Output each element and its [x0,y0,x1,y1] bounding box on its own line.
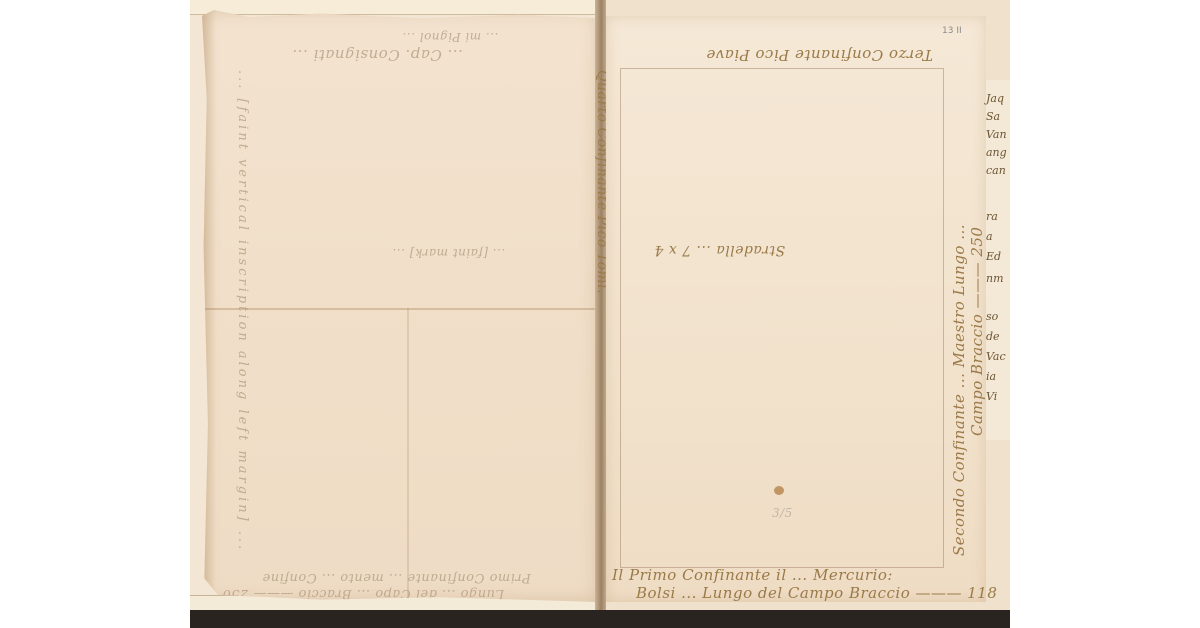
adjacent-line: ia [986,370,996,383]
adjacent-line: Sa [986,110,1000,123]
right-top-inverted-heading: Terzo Confinante Pico Piave [706,46,933,64]
right-bottom-line-1: Il Primo Confinante il ... Mercurio: [612,566,893,584]
adjacent-line: can [986,164,1006,177]
adjacent-line: de [986,330,1000,343]
adjacent-line: nm [986,272,1004,285]
adjacent-line: so [986,310,998,323]
adjacent-line: Van [986,128,1007,141]
left-center-faint-mark: ... [faint mark] ... [392,246,505,260]
ink-stain [774,486,784,495]
adjacent-line: Vac [986,350,1006,363]
pencil-mark: 3/5 [772,506,793,520]
right-page: 13 II Terzo Confinante Pico Piave Strade… [606,16,986,602]
left-top-inverted-line-1: ... mi Pignol ... [402,30,498,44]
right-margin-vertical-line-2: Campo Braccio ——— 250 [968,227,986,436]
left-margin-vertical-text: ... [faint vertical inscription along le… [235,70,250,552]
left-page: ... mi Pignol ... ... Cap. Consignati ..… [202,10,598,602]
right-bottom-line-2: Bolsi ... Lungo del Campo Braccio ——— 11… [636,584,997,602]
adjacent-sheet-strip: Jaq Sa Van ang can ra a Ed nm so de Vac … [986,80,1010,440]
left-bottom-inverted-line-1: Primo Confinante ... mento ... Confine [262,570,531,585]
right-center-inverted-text: Stradella ... 7 x 4 [654,242,785,258]
adjacent-line: Ed [986,250,1001,263]
page-edge-shadow [202,10,216,602]
fold-line-horizontal [202,308,598,310]
left-top-inverted-line-2: ... Cap. Consignati ... [292,46,463,64]
underlying-sheet-top [190,0,600,15]
folio-stamp: 13 II [942,26,962,36]
right-margin-vertical-line-1: Secondo Confinante ... Maestro Lungo ... [950,224,968,556]
manuscript-scan: ... e ... ll... [cut off] ... mi Pignol … [190,0,1010,628]
fold-line-vertical [407,308,409,602]
adjacent-line: Vi [986,390,997,403]
adjacent-line: ra [986,210,998,223]
adjacent-line: Jaq [986,92,1004,105]
adjacent-line: ang [986,146,1007,159]
adjacent-line: a [986,230,993,243]
